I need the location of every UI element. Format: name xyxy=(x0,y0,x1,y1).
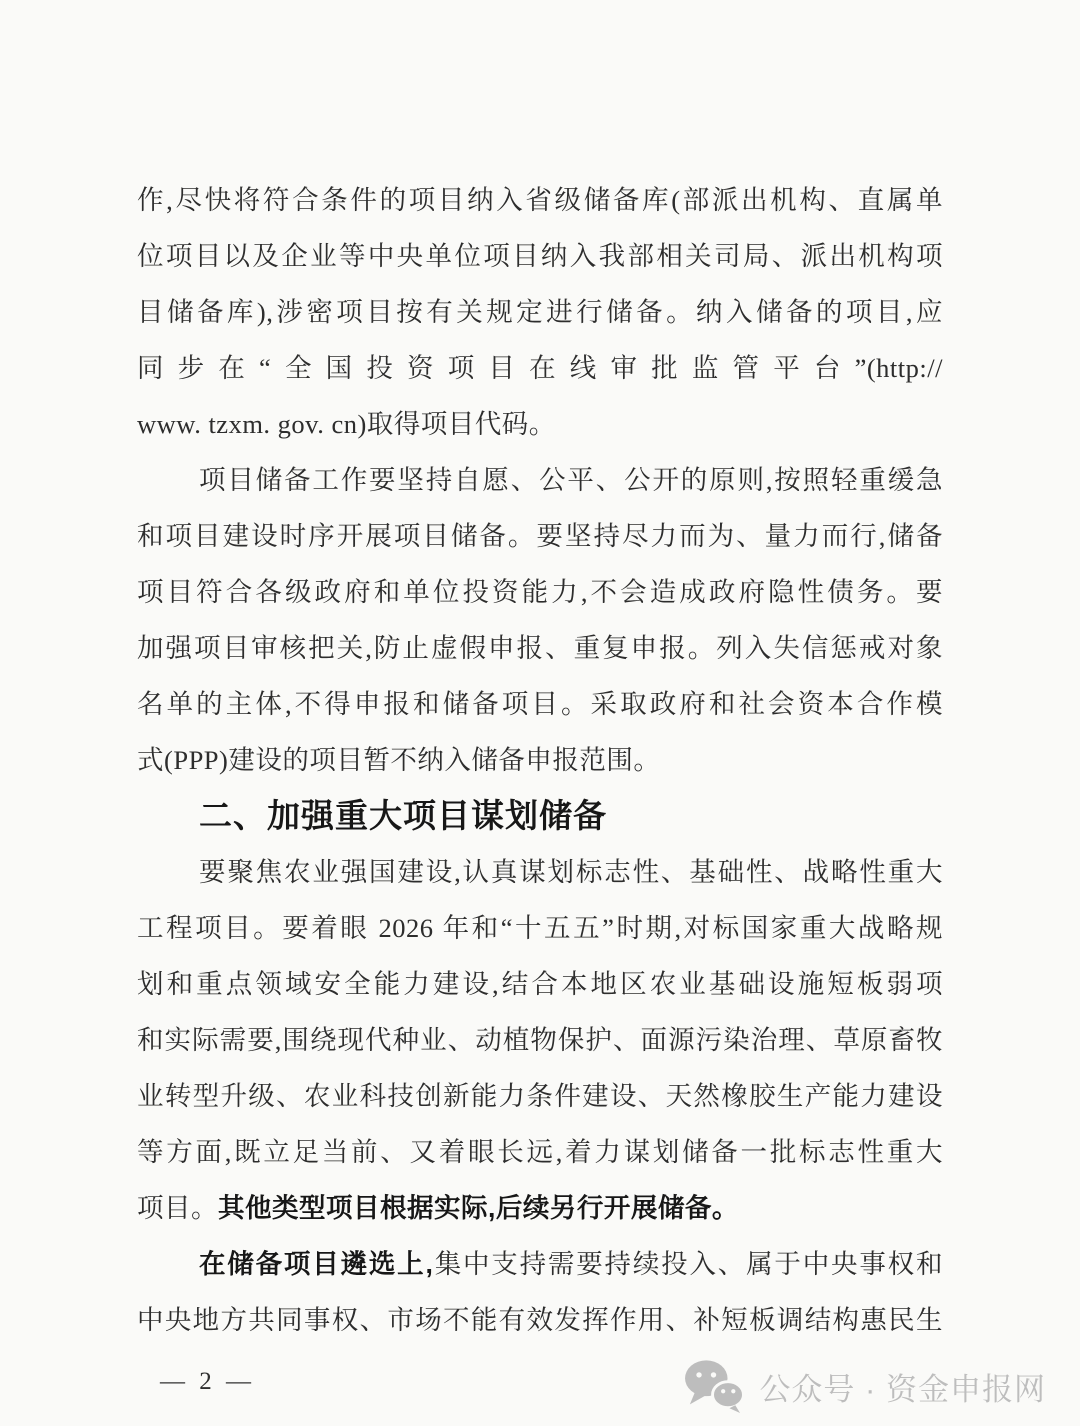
document-body: 作,尽快将符合条件的项目纳入省级储备库(部派出机构、直属单 位项目以及企业等中央… xyxy=(137,172,943,1348)
body-line: 位项目以及企业等中央单位项目纳入我部相关司局、派出机构项 xyxy=(137,228,943,284)
body-text-segment: 集中支持需要持续投入、属于中央事权和 xyxy=(433,1249,943,1279)
body-line: www. tzxm. gov. cn)取得项目代码。 xyxy=(137,396,943,452)
watermark: 公众号 · 资金申报网 xyxy=(683,1358,1046,1414)
bold-text-segment: 其他类型项目根据实际,后续另行开展储备。 xyxy=(218,1193,739,1223)
wechat-icon xyxy=(683,1358,745,1414)
body-line: 中央地方共同事权、市场不能有效发挥作用、补短板调结构惠民生 xyxy=(137,1292,943,1348)
watermark-label: 公众号 · 资金申报网 xyxy=(759,1364,1046,1409)
body-line: 名单的主体,不得申报和储备项目。采取政府和社会资本合作模 xyxy=(137,676,943,732)
body-line: 项目储备工作要坚持自愿、公平、公开的原则,按照轻重缓急 xyxy=(137,452,943,508)
body-line: 和实际需要,围绕现代种业、动植物保护、面源污染治理、草原畜牧 xyxy=(137,1012,943,1068)
body-line: 要聚焦农业强国建设,认真谋划标志性、基础性、战略性重大 xyxy=(137,844,943,900)
body-line: 加强项目审核把关,防止虚假申报、重复申报。列入失信惩戒对象 xyxy=(137,620,943,676)
body-line: 划和重点领域安全能力建设,结合本地区农业基础设施短板弱项 xyxy=(137,956,943,1012)
bold-text-segment: 在储备项目遴选上, xyxy=(199,1249,433,1279)
body-line: 目储备库),涉密项目按有关规定进行储备。纳入储备的项目,应 xyxy=(137,284,943,340)
body-line: 项目。其他类型项目根据实际,后续另行开展储备。 xyxy=(137,1180,943,1236)
page-number: — 2 — xyxy=(160,1368,255,1396)
body-line: 同步在“全国投资项目在线审批监管平台”(http:// xyxy=(137,340,943,396)
page-footer: — 2 — 公众号 · 资金申报网 xyxy=(0,1358,1080,1414)
body-text-segment: 项目。 xyxy=(137,1193,218,1223)
section-heading: 二、加强重大项目谋划储备 xyxy=(137,788,943,844)
body-line: 作,尽快将符合条件的项目纳入省级储备库(部派出机构、直属单 xyxy=(137,172,943,228)
body-line: 工程项目。要着眼 2026 年和“十五五”时期,对标国家重大战略规 xyxy=(137,900,943,956)
body-line: 在储备项目遴选上,集中支持需要持续投入、属于中央事权和 xyxy=(137,1236,943,1292)
body-line: 项目符合各级政府和单位投资能力,不会造成政府隐性债务。要 xyxy=(137,564,943,620)
body-line: 业转型升级、农业科技创新能力条件建设、天然橡胶生产能力建设 xyxy=(137,1068,943,1124)
body-line: 式(PPP)建设的项目暂不纳入储备申报范围。 xyxy=(137,732,943,788)
body-line: 和项目建设时序开展项目储备。要坚持尽力而为、量力而行,储备 xyxy=(137,508,943,564)
body-line: 等方面,既立足当前、又着眼长远,着力谋划储备一批标志性重大 xyxy=(137,1124,943,1180)
